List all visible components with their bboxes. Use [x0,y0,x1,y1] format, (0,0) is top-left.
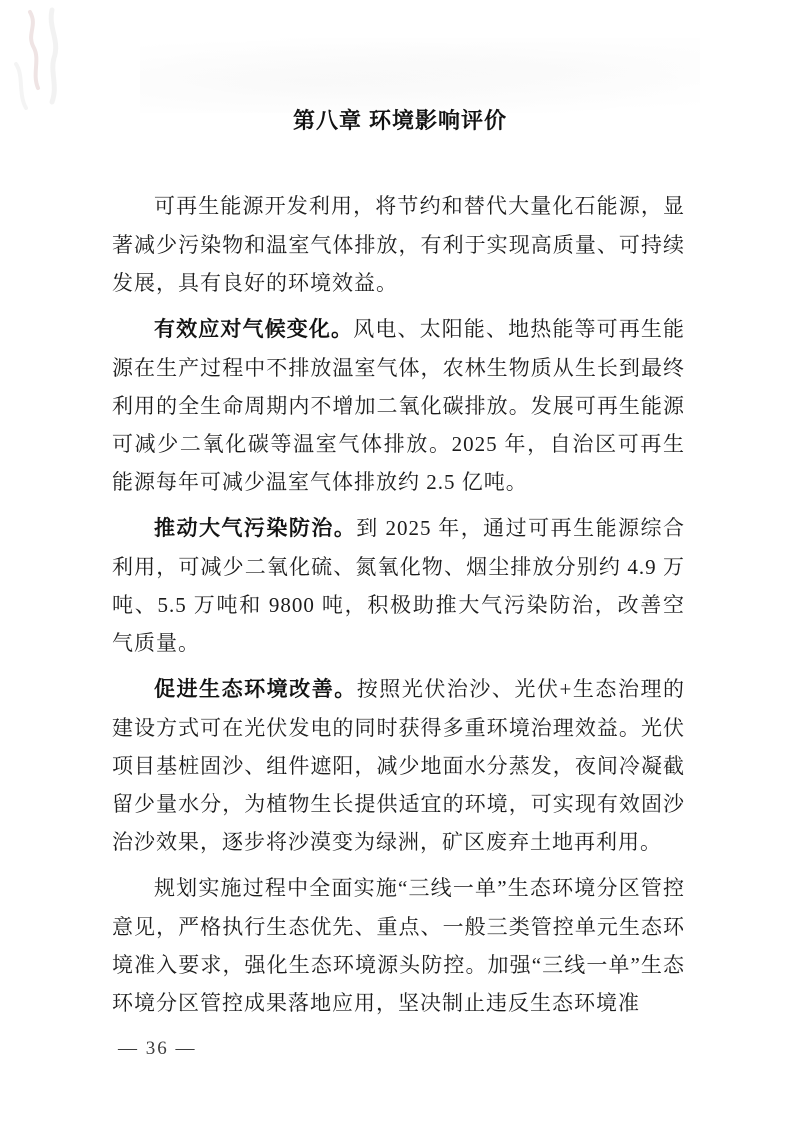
chapter-title: 第八章 环境影响评价 [0,0,800,138]
paragraph-intro: 可再生能源开发利用，将节约和替代大量化石能源，显著减少污染物和温室气体排放，有利… [112,187,685,302]
paragraph-text: 风电、太阳能、地热能等可再生能源在生产过程中不排放温室气体，农林生物质从生长到最… [112,317,685,494]
paragraph-text: 可再生能源开发利用，将节约和替代大量化石能源，显著减少污染物和温室气体排放，有利… [112,194,685,295]
paragraph-zoning-control: 规划实施过程中全面实施“三线一单”生态环境分区管控意见，严格执行生态优先、重点、… [112,869,685,1022]
paragraph-text: 按照光伏治沙、光伏+生态治理的建设方式可在光伏发电的同时获得多重环境治理效益。光… [112,677,685,854]
paragraph-lead: 推动大气污染防治。 [154,517,356,540]
paragraph-air-pollution: 推动大气污染防治。到 2025 年，通过可再生能源综合利用，可减少二氧化硫、氮氧… [112,509,685,662]
page-number: — 36 — [118,1038,197,1060]
document-page: 第八章 环境影响评价 可再生能源开发利用，将节约和替代大量化石能源，显著减少污染… [0,0,800,1131]
paragraph-lead: 促进生态环境改善。 [154,678,357,701]
paragraph-lead: 有效应对气候变化。 [154,318,353,341]
document-body: 可再生能源开发利用，将节约和替代大量化石能源，显著减少污染物和温室气体排放，有利… [112,187,685,1022]
paragraph-climate: 有效应对气候变化。风电、太阳能、地热能等可再生能源在生产过程中不排放温室气体，农… [112,310,685,501]
paragraph-text: 规划实施过程中全面实施“三线一单”生态环境分区管控意见，严格执行生态优先、重点、… [112,876,685,1015]
paragraph-ecology: 促进生态环境改善。按照光伏治沙、光伏+生态治理的建设方式可在光伏发电的同时获得多… [112,670,685,861]
